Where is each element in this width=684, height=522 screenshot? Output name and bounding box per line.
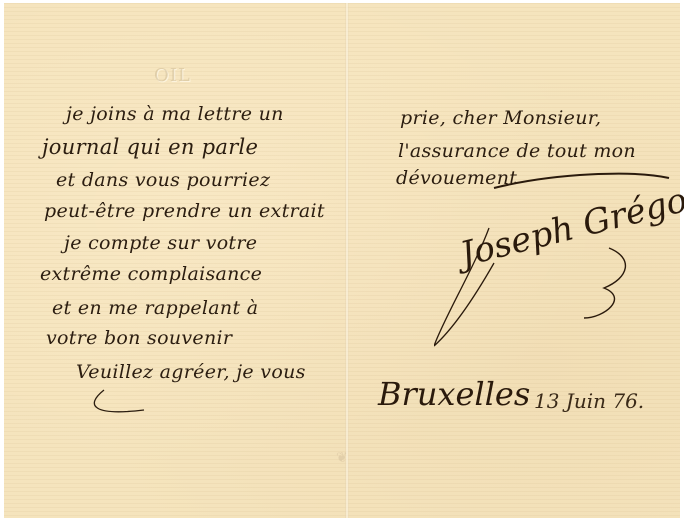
right-line-1: prie, cher Monsieur, — [400, 107, 601, 129]
center-fold — [345, 3, 349, 518]
left-line-7: et en me rappelant à — [52, 297, 258, 319]
left-line-4: peut-être prendre un extrait — [44, 200, 325, 222]
left-line-3: et dans vous pourriez — [56, 169, 270, 191]
left-line-6: extrême complaisance — [40, 263, 262, 285]
right-line-2: l'assurance de tout mon — [398, 140, 636, 162]
left-line-9: Veuillez agréer, je vous — [76, 361, 306, 383]
left-line-5: je compte sur votre — [64, 232, 257, 254]
letter-sheet: OIL ❦ je joins à ma lettre un journal qu… — [4, 3, 680, 518]
faint-stamp-icon: ❦ — [336, 450, 348, 466]
letter-date: 13 Juin 76. — [534, 389, 644, 413]
place-name: Bruxelles — [378, 375, 530, 413]
left-line-1: je joins à ma lettre un — [66, 103, 284, 125]
left-line-8: votre bon souvenir — [46, 327, 232, 349]
flourish-icon — [84, 388, 174, 418]
left-line-2: journal qui en parle — [42, 135, 258, 159]
embossed-mark: OIL — [154, 65, 191, 86]
